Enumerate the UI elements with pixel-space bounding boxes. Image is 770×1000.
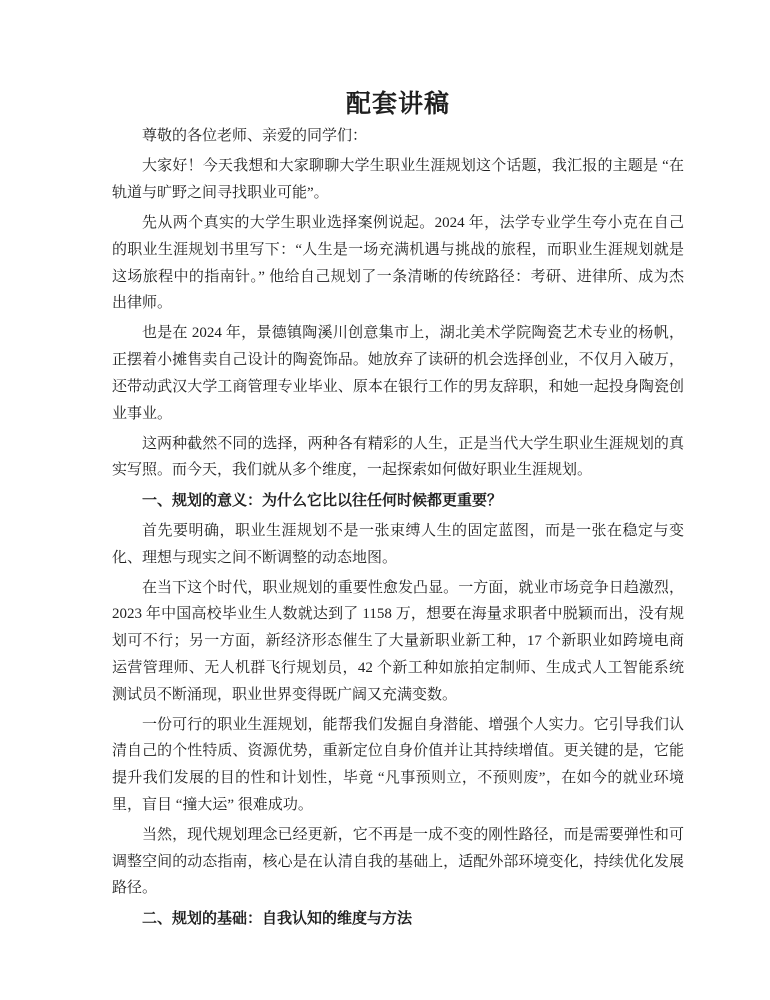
greeting-paragraph: 大家好！今天我想和大家聊聊大学生职业生涯规划这个话题，我汇报的主题是 “在轨道与… xyxy=(112,153,684,206)
document-page: 配套讲稿 尊敬的各位老师、亲爱的同学们： 大家好！今天我想和大家聊聊大学生职业生… xyxy=(0,0,770,1000)
section-heading-two: 二、规划的基础：自我认知的维度与方法 xyxy=(112,906,684,933)
section-heading-one: 一、规划的意义：为什么它比以往任何时候都更重要？ xyxy=(112,488,684,515)
salutation-paragraph: 尊敬的各位老师、亲爱的同学们： xyxy=(112,123,684,150)
modern-planning-paragraph: 当然，现代规划理念已经更新，它不再是一成不变的刚性路径，而是需要弹性和可调整空间… xyxy=(112,822,684,902)
benefits-paragraph: 一份可行的职业生涯规划，能帮我们发掘自身潜能、增强个人实力。它引导我们认清自己的… xyxy=(112,712,684,819)
document-title: 配套讲稿 xyxy=(112,90,684,120)
case-two-paragraph: 也是在 2024 年，景德镇陶溪川创意集市上，湖北美术学院陶瓷艺术专业的杨帆，正… xyxy=(112,320,684,427)
transition-paragraph: 这两种截然不同的选择，两种各有精彩的人生，正是当代大学生职业生涯规划的真实写照。… xyxy=(112,431,684,484)
meaning-intro-paragraph: 首先要明确，职业生涯规划不是一张束缚人生的固定蓝图，而是一张在稳定与变化、理想与… xyxy=(112,518,684,571)
case-one-paragraph: 先从两个真实的大学生职业选择案例说起。2024 年，法学专业学生夸小克在自己的职… xyxy=(112,210,684,317)
job-market-paragraph: 在当下这个时代，职业规划的重要性愈发凸显。一方面，就业市场竞争日趋激烈，2023… xyxy=(112,575,684,709)
